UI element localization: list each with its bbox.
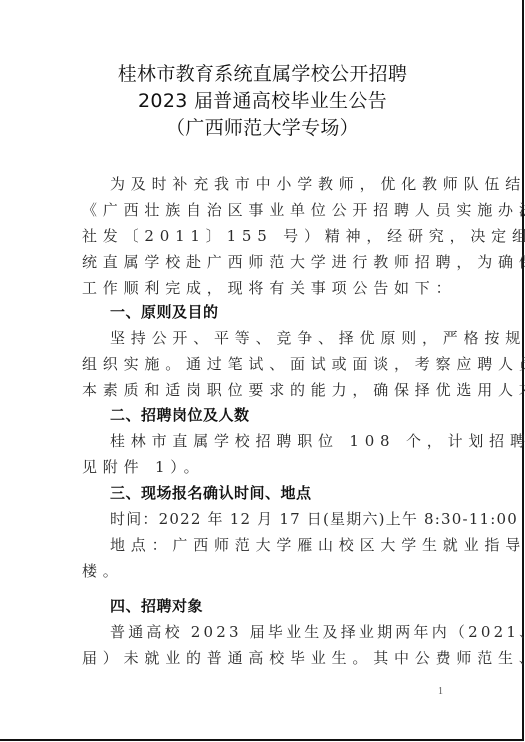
title-line-2: 2023 届普通高校毕业生公告 [0,89,525,113]
document-page: 桂林市教育系统直属学校公开招聘 2023 届普通高校毕业生公告 （广西师范大学专… [0,0,524,741]
title-line-1: 桂林市教育系统直属学校公开招聘 [0,62,525,86]
section-3-line-3: 楼。 [82,558,446,584]
section-2-line-2: 见附件 1）。 [82,454,446,480]
intro-line-3: 社发〔2011〕155 号）精神，经研究，决定组织我市教育系 [82,223,446,249]
section-heading-1: 一、原则及目的 [110,299,219,325]
section-1-line-3: 本素质和适岗职位要求的能力，确保择优选用人才。 [82,377,446,403]
section-heading-2: 二、招聘岗位及人数 [110,402,250,428]
title-line-3: （广西师范大学专场） [0,116,525,140]
page-number: 1 [438,686,443,697]
intro-line-5: 工作顺利完成，现将有关事项公告如下： [82,275,446,301]
section-1-line-2: 组织实施。通过笔试、面试或面谈，考察应聘人员的专业基 [82,351,446,377]
section-heading-4: 四、招聘对象 [110,593,203,619]
section-heading-3: 三、现场报名确认时间、地点 [110,480,312,506]
intro-line-2: 《广西壮族自治区事业单位公开招聘人员实施办法》（桂人 [82,197,446,223]
intro-line-4: 统直属学校赴广西师范大学进行教师招聘，为确保本次招聘 [82,249,446,275]
section-1-line-1: 坚持公开、平等、竞争、择优原则，严格按规定的程序 [110,325,446,351]
section-4-line-1: 普通高校 2023 届毕业生及择业期两年内（2021、2022 [110,619,446,645]
section-3-time: 时间：2022 年 12 月 17 日(星期六)上午 8:30-11:00 [110,506,446,532]
section-2-line-1: 桂林市直属学校招聘职位 108 个，计划招聘 144 人（详 [110,428,446,454]
intro-line-1: 为及时补充我市中小学教师，优化教师队伍结构，根据 [110,171,446,197]
section-4-line-2: 届）未就业的普通高校毕业生。其中公费师范生、硕士研究 [82,645,446,671]
section-3-location: 地点：广西师范大学雁山校区大学生就业指导中心二 [110,532,446,558]
